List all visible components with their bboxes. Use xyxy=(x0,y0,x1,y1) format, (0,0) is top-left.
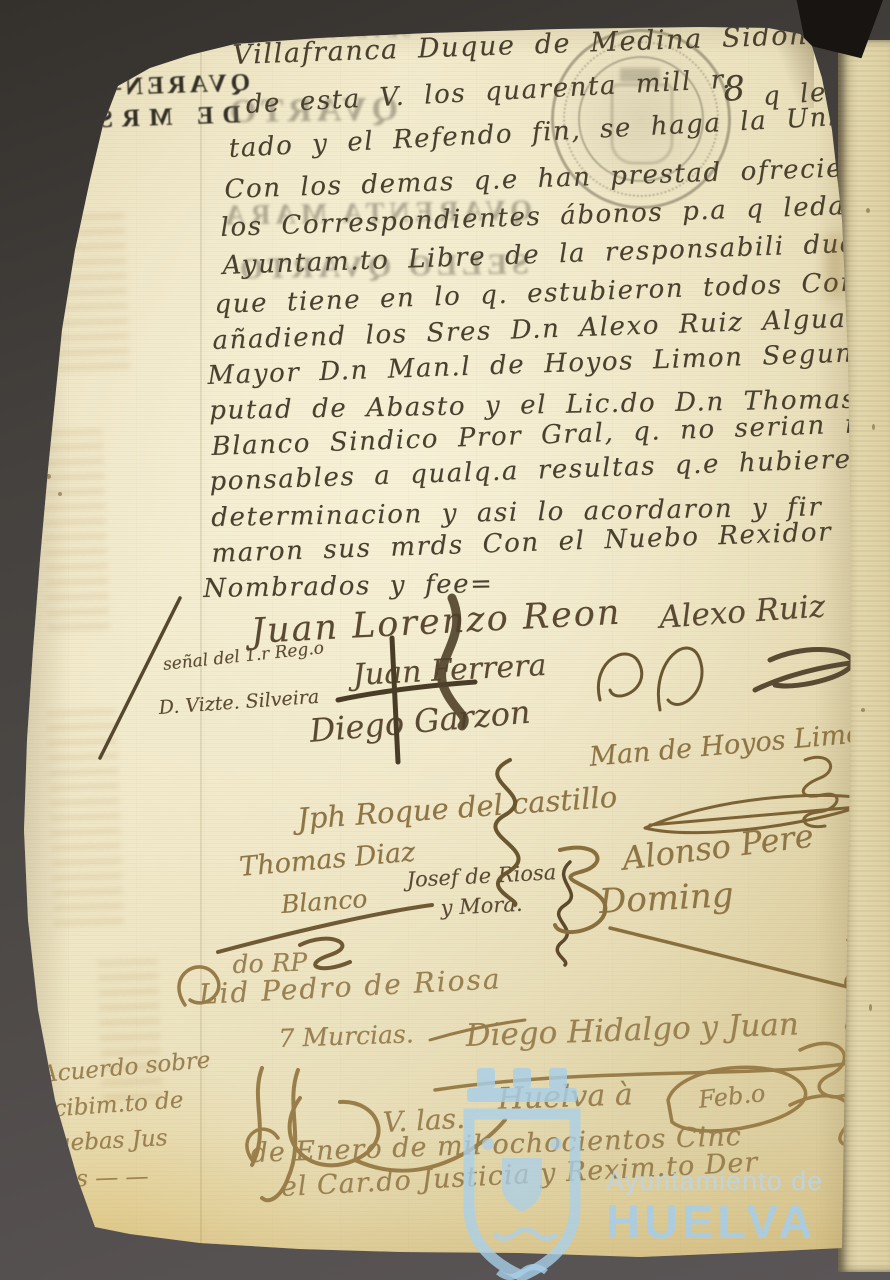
pedro-loop xyxy=(179,967,219,1005)
watermark-subtitle: Ayuntamiento de xyxy=(606,1166,823,1197)
manuscript-page: SETECIENTOS QVAREN— DE MRS QVARTO QVAREN… xyxy=(0,0,890,1280)
enero-loop xyxy=(247,1129,278,1160)
paper-speck xyxy=(46,474,51,479)
inner-shield xyxy=(502,1158,542,1212)
diaz-rubric xyxy=(218,905,432,968)
paper-speck xyxy=(872,424,875,430)
crown-band xyxy=(467,1088,577,1102)
flourish-loops xyxy=(598,648,702,710)
domingo-tail xyxy=(610,928,879,1015)
shield-dot xyxy=(482,1138,494,1150)
edge-stain xyxy=(826,235,844,297)
watermark-title: HUELVA xyxy=(606,1194,816,1249)
pen-flourishes xyxy=(0,0,890,1280)
crown-merlon xyxy=(549,1068,567,1088)
margin-slash xyxy=(100,598,180,758)
crown-merlon xyxy=(477,1068,495,1088)
hoyos-rubric-lens xyxy=(645,795,875,832)
murcias-stroke xyxy=(430,1020,525,1040)
paper-speck xyxy=(861,708,865,712)
cross-mark-vertical xyxy=(392,638,398,762)
watermark-shield-icon xyxy=(452,1066,592,1280)
shield-dot xyxy=(550,1138,562,1150)
garzon-rubric xyxy=(495,760,518,905)
domingo-rubric xyxy=(555,848,605,932)
paper-speck xyxy=(866,208,870,213)
shield-wave xyxy=(494,1230,557,1239)
cross-mark-horizontal xyxy=(338,682,475,700)
flourish-ribbon xyxy=(442,598,465,726)
manuscript-photo: SETECIENTOS QVAREN— DE MRS QVARTO QVAREN… xyxy=(0,0,890,1280)
paper-speck xyxy=(58,492,62,496)
crown-merlon xyxy=(513,1068,531,1088)
paper-speck xyxy=(869,1004,872,1011)
